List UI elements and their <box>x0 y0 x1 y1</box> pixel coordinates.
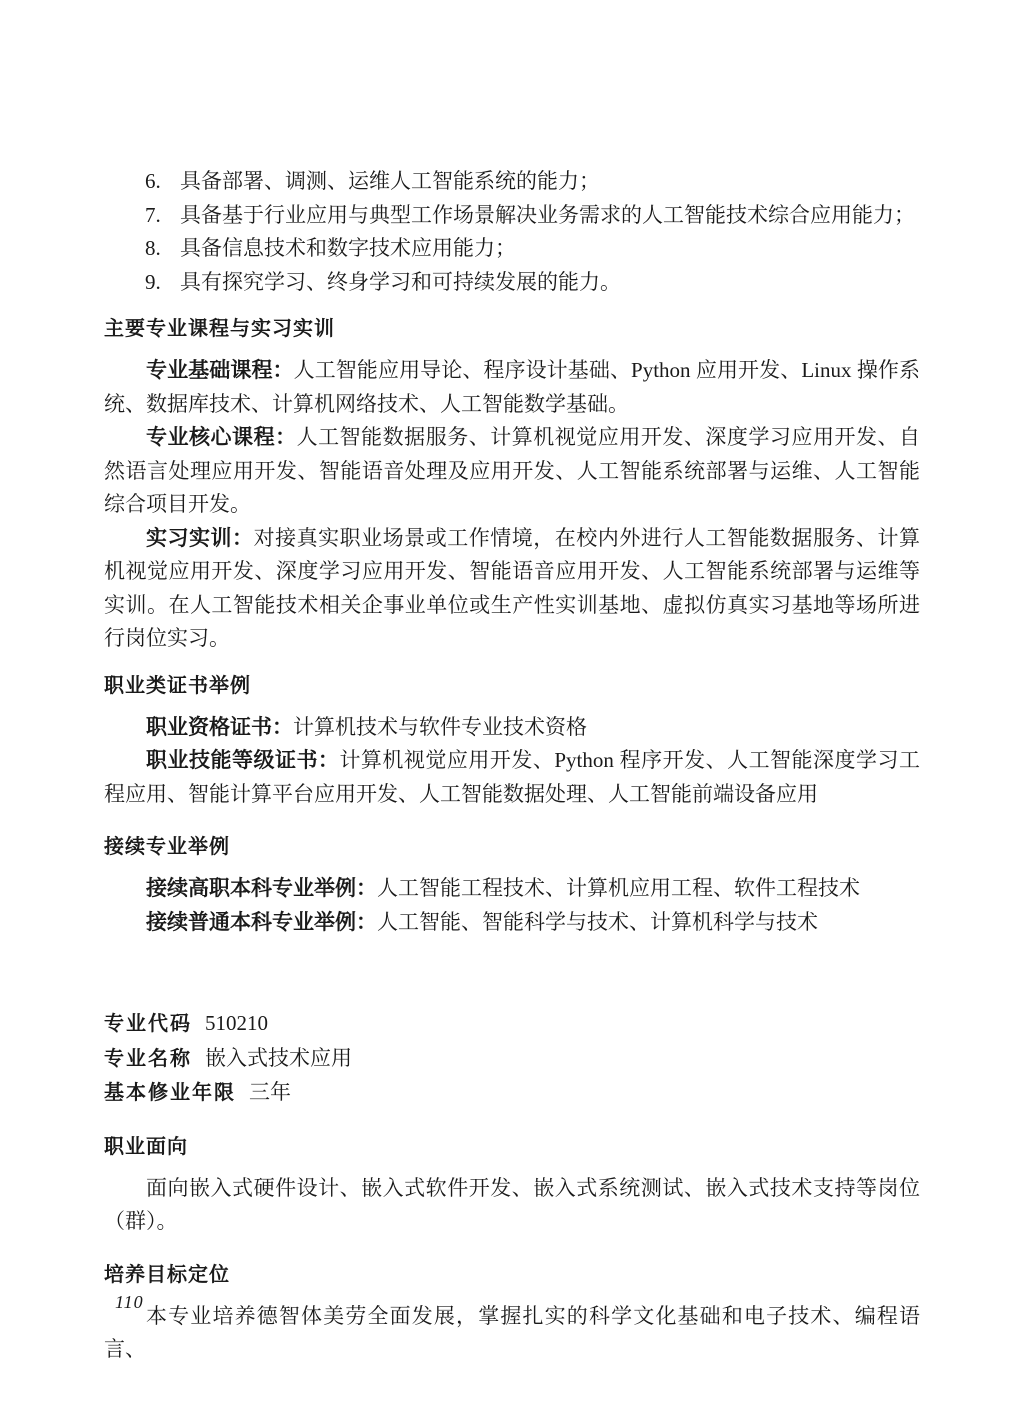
career-section: 职业面向 面向嵌入式硬件设计、嵌入式软件开发、嵌入式系统测试、嵌入式技术支持等岗… <box>104 1131 920 1239</box>
list-item-text: 具备基于行业应用与典型工作场景解决业务需求的人工智能技术综合应用能力； <box>180 203 915 227</box>
courses-section: 主要专业课程与实习实训 专业基础课程：人工智能应用导论、程序设计基础、Pytho… <box>104 313 920 656</box>
section-heading-courses: 主要专业课程与实习实训 <box>104 313 920 346</box>
list-item: 7.具备基于行业应用与典型工作场景解决业务需求的人工智能技术综合应用能力； <box>104 199 920 233</box>
section-heading-continuation: 接续专业举例 <box>104 831 920 864</box>
major-info-block: 专业代码510210 专业名称嵌入式技术应用 基本修业年限三年 <box>104 1007 920 1111</box>
certificates-section: 职业类证书举例 职业资格证书：计算机技术与软件专业技术资格 职业技能等级证书：计… <box>104 670 920 812</box>
paragraph-career: 面向嵌入式硬件设计、嵌入式软件开发、嵌入式系统测试、嵌入式技术支持等岗位（群）。 <box>104 1172 920 1239</box>
paragraph-qualification-cert: 职业资格证书：计算机技术与软件专业技术资格 <box>104 711 920 745</box>
paragraph-vocational-bachelor: 接续高职本科专业举例：人工智能工程技术、计算机应用工程、软件工程技术 <box>104 872 920 906</box>
paragraph-text: 人工智能工程技术、计算机应用工程、软件工程技术 <box>377 876 860 900</box>
paragraph-label: 专业基础课程： <box>146 359 294 382</box>
list-item-number: 6. <box>145 165 180 199</box>
paragraph-label: 职业技能等级证书： <box>146 749 339 772</box>
list-item-text: 具有探究学习、终身学习和可持续发展的能力。 <box>180 270 621 294</box>
paragraph-general-bachelor: 接续普通本科专业举例：人工智能、智能科学与技术、计算机科学与技术 <box>104 906 920 940</box>
paragraph-text: 计算机技术与软件专业技术资格 <box>293 715 587 739</box>
list-item-number: 9. <box>145 266 180 300</box>
document-page: 6.具备部署、调测、运维人工智能系统的能力； 7.具备基于行业应用与典型工作场景… <box>0 0 1024 1426</box>
ability-list: 6.具备部署、调测、运维人工智能系统的能力； 7.具备基于行业应用与典型工作场景… <box>104 165 920 299</box>
info-label: 专业代码 <box>104 1013 192 1035</box>
info-value: 嵌入式技术应用 <box>205 1046 352 1070</box>
continuation-section: 接续专业举例 接续高职本科专业举例：人工智能工程技术、计算机应用工程、软件工程技… <box>104 831 920 939</box>
paragraph-skill-level-cert: 职业技能等级证书：计算机视觉应用开发、Python 程序开发、人工智能深度学习工… <box>104 744 920 811</box>
info-row-major-name: 专业名称嵌入式技术应用 <box>104 1042 920 1077</box>
list-item-number: 7. <box>145 199 180 233</box>
paragraph-internship: 实习实训：对接真实职业场景或工作情境，在校内外进行人工智能数据服务、计算机视觉应… <box>104 522 920 656</box>
paragraph-label: 实习实训： <box>146 527 254 550</box>
paragraph-label: 接续普通本科专业举例： <box>146 911 377 934</box>
paragraph-label: 接续高职本科专业举例： <box>146 877 377 900</box>
list-item: 9.具有探究学习、终身学习和可持续发展的能力。 <box>104 266 920 300</box>
paragraph-label: 职业资格证书： <box>146 716 293 739</box>
paragraph-basic-courses: 专业基础课程：人工智能应用导论、程序设计基础、Python 应用开发、Linux… <box>104 354 920 421</box>
list-item-number: 8. <box>145 232 180 266</box>
info-row-major-code: 专业代码510210 <box>104 1007 920 1042</box>
list-item: 6.具备部署、调测、运维人工智能系统的能力； <box>104 165 920 199</box>
paragraph-target: 本专业培养德智体美劳全面发展，掌握扎实的科学文化基础和电子技术、编程语言、 <box>104 1300 920 1367</box>
info-label: 基本修业年限 <box>104 1082 236 1104</box>
paragraph-label: 专业核心课程： <box>146 426 297 449</box>
target-section: 培养目标定位 本专业培养德智体美劳全面发展，掌握扎实的科学文化基础和电子技术、编… <box>104 1259 920 1367</box>
paragraph-core-courses: 专业核心课程：人工智能数据服务、计算机视觉应用开发、深度学习应用开发、自然语言处… <box>104 421 920 522</box>
list-item-text: 具备信息技术和数字技术应用能力； <box>180 236 516 260</box>
info-row-study-years: 基本修业年限三年 <box>104 1076 920 1111</box>
section-heading-career: 职业面向 <box>104 1131 920 1164</box>
info-value: 510210 <box>205 1011 268 1035</box>
section-heading-target: 培养目标定位 <box>104 1259 920 1292</box>
list-item: 8.具备信息技术和数字技术应用能力； <box>104 232 920 266</box>
page-number: 110 <box>115 1292 144 1313</box>
info-label: 专业名称 <box>104 1048 192 1070</box>
list-item-text: 具备部署、调测、运维人工智能系统的能力； <box>180 169 600 193</box>
info-value: 三年 <box>249 1080 291 1104</box>
paragraph-text: 人工智能、智能科学与技术、计算机科学与技术 <box>377 910 818 934</box>
section-heading-certificates: 职业类证书举例 <box>104 670 920 703</box>
